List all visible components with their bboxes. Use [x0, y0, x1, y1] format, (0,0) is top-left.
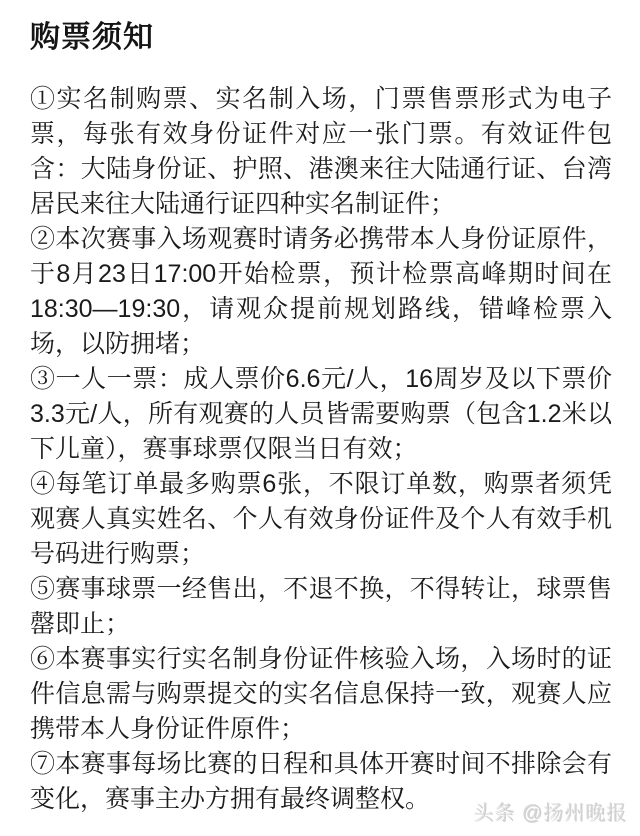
toutiao-watermark: 头条 @扬州晚报: [474, 797, 628, 826]
notice-item-2: ②本次赛事入场观赛时请务必携带本人身份证原件，于8月23日17:00开始检票，预…: [30, 222, 612, 362]
notice-item-6: ⑥本赛事实行实名制身份证件核验入场，入场时的证件信息需与购票提交的实名信息保持一…: [30, 642, 612, 747]
notice-item-1: ①实名制购票、实名制入场，门票售票形式为电子票，每张有效身份证件对应一张门票。有…: [30, 82, 612, 222]
page-title: 购票须知: [30, 12, 612, 56]
ticket-notice-page: 购票须知 ①实名制购票、实名制入场，门票售票形式为电子票，每张有效身份证件对应一…: [0, 0, 640, 836]
notice-item-3: ③一人一票：成人票价6.6元/人，16周岁及以下票价3.3元/人，所有观赛的人员…: [30, 362, 612, 467]
notice-item-4: ④每笔订单最多购票6张，不限订单数，购票者须凭观赛人真实姓名、个人有效身份证件及…: [30, 467, 612, 572]
notice-body: ①实名制购票、实名制入场，门票售票形式为电子票，每张有效身份证件对应一张门票。有…: [30, 82, 612, 817]
notice-item-5: ⑤赛事球票一经售出，不退不换，不得转让，球票售罄即止；: [30, 572, 612, 642]
